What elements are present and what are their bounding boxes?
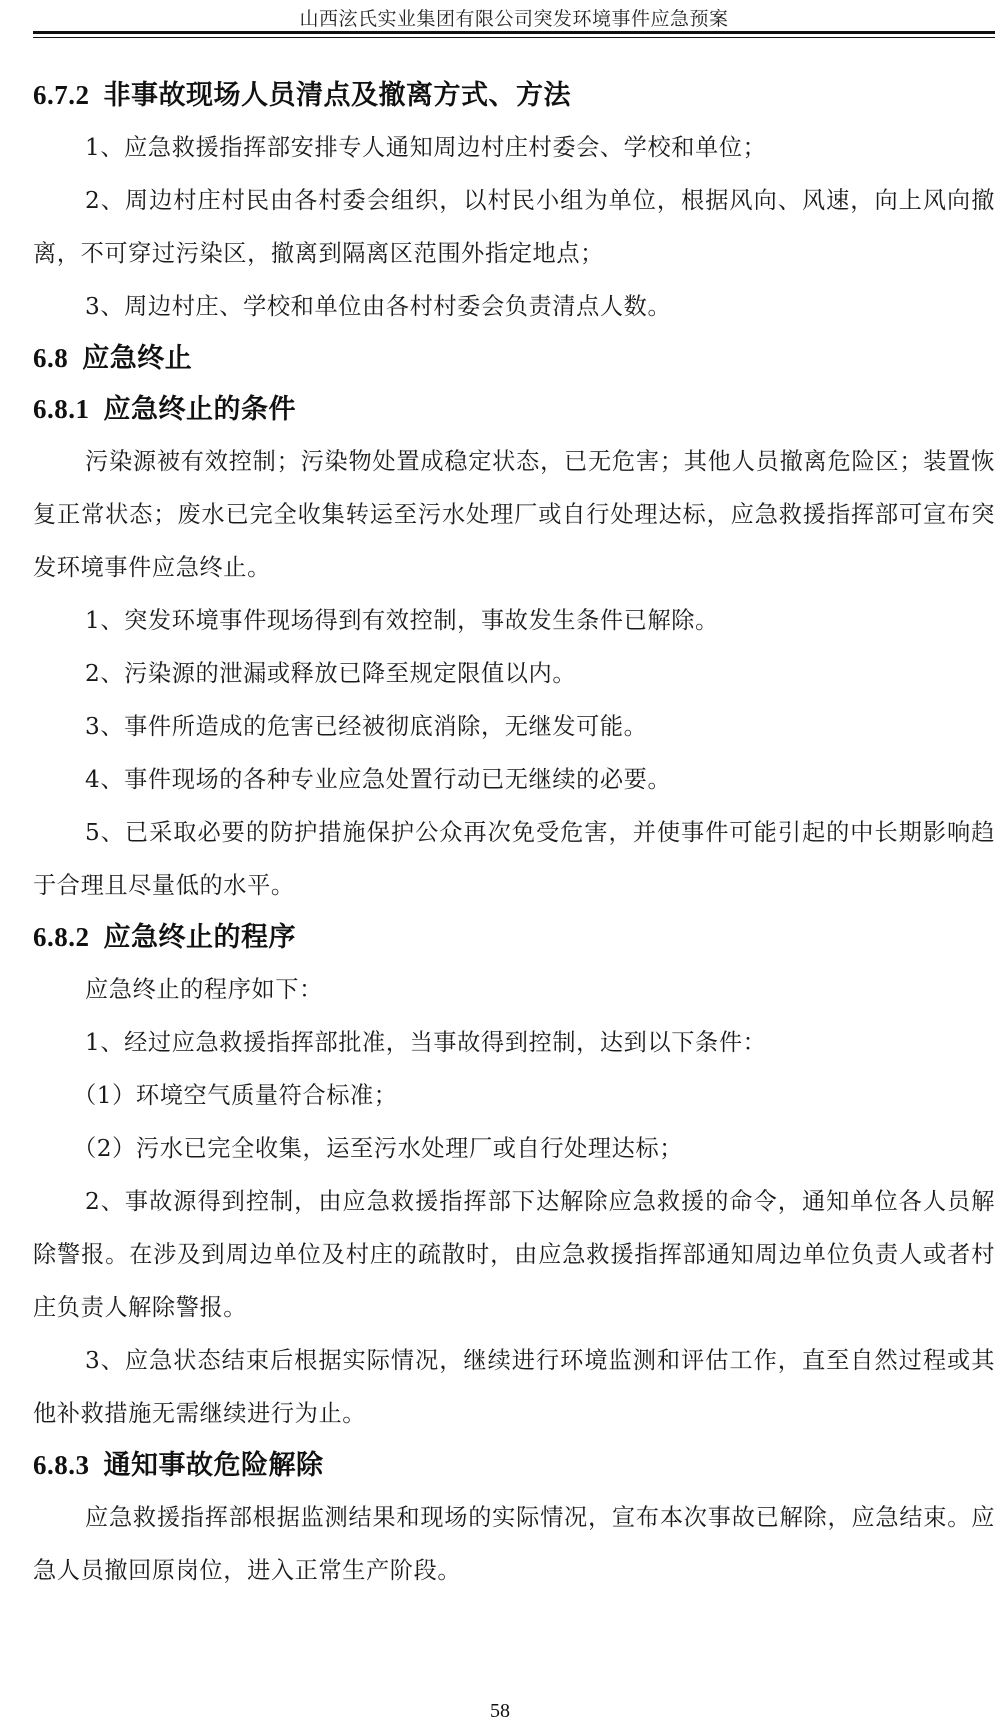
document-title: 山西泫氏实业集团有限公司突发环境事件应急预案 [33, 4, 995, 31]
heading-6-8-2: 6.8.2应急终止的程序 [33, 912, 995, 963]
paragraph: 1、突发环境事件现场得到有效控制，事故发生条件已解除。 [33, 594, 995, 647]
heading-number: 6.7.2 [33, 80, 90, 110]
paragraph: 3、周边村庄、学校和单位由各村村委会负责清点人数。 [33, 280, 995, 333]
header-rule-thick [33, 31, 995, 34]
page-content: 6.7.2非事故现场人员清点及撤离方式、方法 1、应急救援指挥部安排专人通知周边… [33, 70, 995, 1597]
page-number: 58 [0, 1700, 1000, 1723]
paragraph: 1、应急救援指挥部安排专人通知周边村庄村委会、学校和单位； [33, 121, 995, 174]
paragraph: 2、周边村庄村民由各村委会组织，以村民小组为单位，根据风向、风速，向上风向撤离，… [33, 174, 995, 280]
heading-number: 6.8.2 [33, 922, 90, 952]
header-rule-thin [33, 37, 995, 38]
heading-number: 6.8.1 [33, 394, 90, 424]
heading-number: 6.8 [33, 343, 68, 373]
page-header: 山西泫氏实业集团有限公司突发环境事件应急预案 [33, 0, 995, 42]
paragraph-sub-item: （2）污水已完全收集，运至污水处理厂或自行处理达标； [33, 1122, 995, 1175]
paragraph: 4、事件现场的各种专业应急处置行动已无继续的必要。 [33, 753, 995, 806]
heading-text: 应急终止 [82, 343, 192, 374]
paragraph: 应急终止的程序如下： [33, 963, 995, 1016]
paragraph: 1、经过应急救援指挥部批准，当事故得到控制，达到以下条件： [33, 1016, 995, 1069]
heading-6-8: 6.8应急终止 [33, 333, 995, 384]
paragraph: 2、事故源得到控制，由应急救援指挥部下达解除应急救援的命令，通知单位各人员解除警… [33, 1175, 995, 1334]
heading-6-7-2: 6.7.2非事故现场人员清点及撤离方式、方法 [33, 70, 995, 121]
heading-text: 应急终止的条件 [104, 394, 297, 425]
heading-6-8-3: 6.8.3通知事故危险解除 [33, 1440, 995, 1491]
paragraph: 应急救援指挥部根据监测结果和现场的实际情况，宣布本次事故已解除，应急结束。应急人… [33, 1491, 995, 1597]
heading-text: 通知事故危险解除 [104, 1450, 324, 1481]
heading-text: 应急终止的程序 [104, 922, 297, 953]
paragraph: 3、应急状态结束后根据实际情况，继续进行环境监测和评估工作，直至自然过程或其他补… [33, 1334, 995, 1440]
paragraph-sub-item: （1）环境空气质量符合标准； [33, 1069, 995, 1122]
paragraph: 5、已采取必要的防护措施保护公众再次免受危害，并使事件可能引起的中长期影响趋于合… [33, 806, 995, 912]
heading-text: 非事故现场人员清点及撤离方式、方法 [104, 80, 572, 111]
heading-6-8-1: 6.8.1应急终止的条件 [33, 384, 995, 435]
paragraph: 3、事件所造成的危害已经被彻底消除，无继发可能。 [33, 700, 995, 753]
heading-number: 6.8.3 [33, 1450, 90, 1480]
paragraph: 污染源被有效控制；污染物处置成稳定状态，已无危害；其他人员撤离危险区；装置恢复正… [33, 435, 995, 594]
paragraph: 2、污染源的泄漏或释放已降至规定限值以内。 [33, 647, 995, 700]
